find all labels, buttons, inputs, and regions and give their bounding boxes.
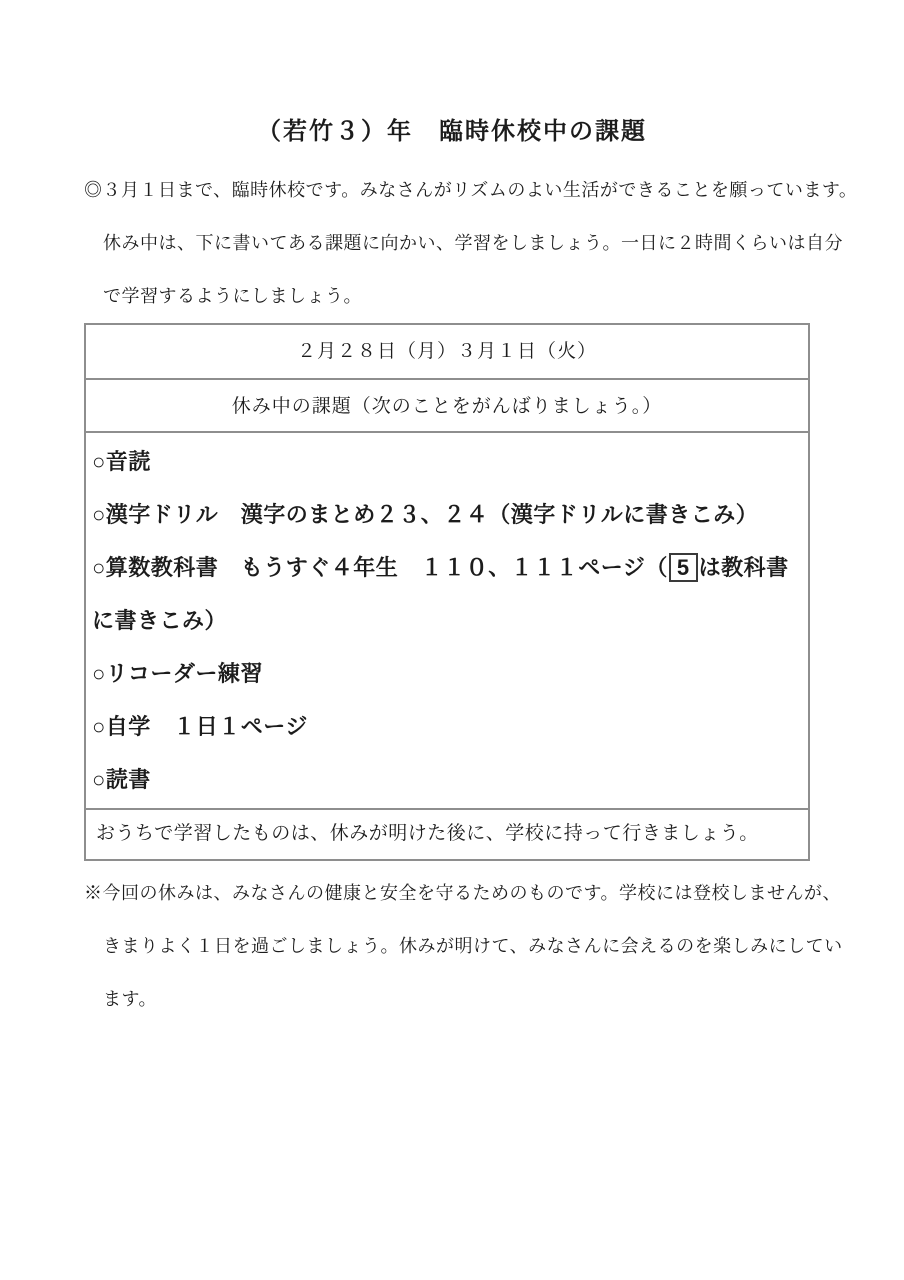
page-title: （若竹３）年 臨時休校中の課題 — [0, 105, 904, 158]
task-item-jigaku: ○自学 １日１ページ — [92, 700, 804, 753]
table-footer-note: おうちで学習したものは、休みが明けた後に、学校に持って行きましょう。 — [86, 808, 808, 859]
intro-line-1: ◎３月１日まで、臨時休校です。みなさんがリズムのよい生活ができることを願っていま… — [84, 164, 904, 217]
intro-line-2: 休み中は、下に書いてある課題に向かい、学習をしましょう。一日に２時間くらいは自分 — [103, 217, 904, 270]
table-date-header: ２月２８日（月）３月１日（火） — [86, 325, 808, 378]
table-subtitle: 休み中の課題（次のことをがんばりましょう。） — [86, 378, 808, 431]
task-item-kanji-drill: ○漢字ドリル 漢字のまとめ２３、２４（漢字ドリルに書きこみ） — [92, 488, 804, 541]
closing-line-2: きまりよく１日を過ごしましょう。休みが明けて、みなさんに会えるのを楽しみにしてい — [103, 920, 904, 973]
task-item-dokusho: ○読書 — [92, 753, 804, 806]
boxed-number: 5 — [669, 553, 698, 582]
task-item-recorder: ○リコーダー練習 — [92, 647, 804, 700]
closing-line-3: ます。 — [103, 973, 904, 1026]
closing-line-1: ※今回の休みは、みなさんの健康と安全を守るためのものです。学校には登校しませんが… — [84, 867, 904, 920]
task-item-ondoku: ○音読 — [92, 435, 804, 488]
task-item-sansu: ○算数教科書 もうすぐ４年生 １１０、１１１ページ（5は教科書に書きこみ） — [92, 541, 804, 647]
intro-line-3: で学習するようにしましょう。 — [103, 270, 904, 323]
document-page: （若竹３）年 臨時休校中の課題 ◎３月１日まで、臨時休校です。みなさんがリズムの… — [0, 0, 904, 1280]
task-sansu-prefix: ○算数教科書 もうすぐ４年生 １１０、１１１ページ（ — [92, 555, 668, 580]
task-list: ○音読 ○漢字ドリル 漢字のまとめ２３、２４（漢字ドリルに書きこみ） ○算数教科… — [86, 431, 808, 808]
assignment-table: ２月２８日（月）３月１日（火） 休み中の課題（次のことをがんばりましょう。） ○… — [84, 323, 810, 861]
